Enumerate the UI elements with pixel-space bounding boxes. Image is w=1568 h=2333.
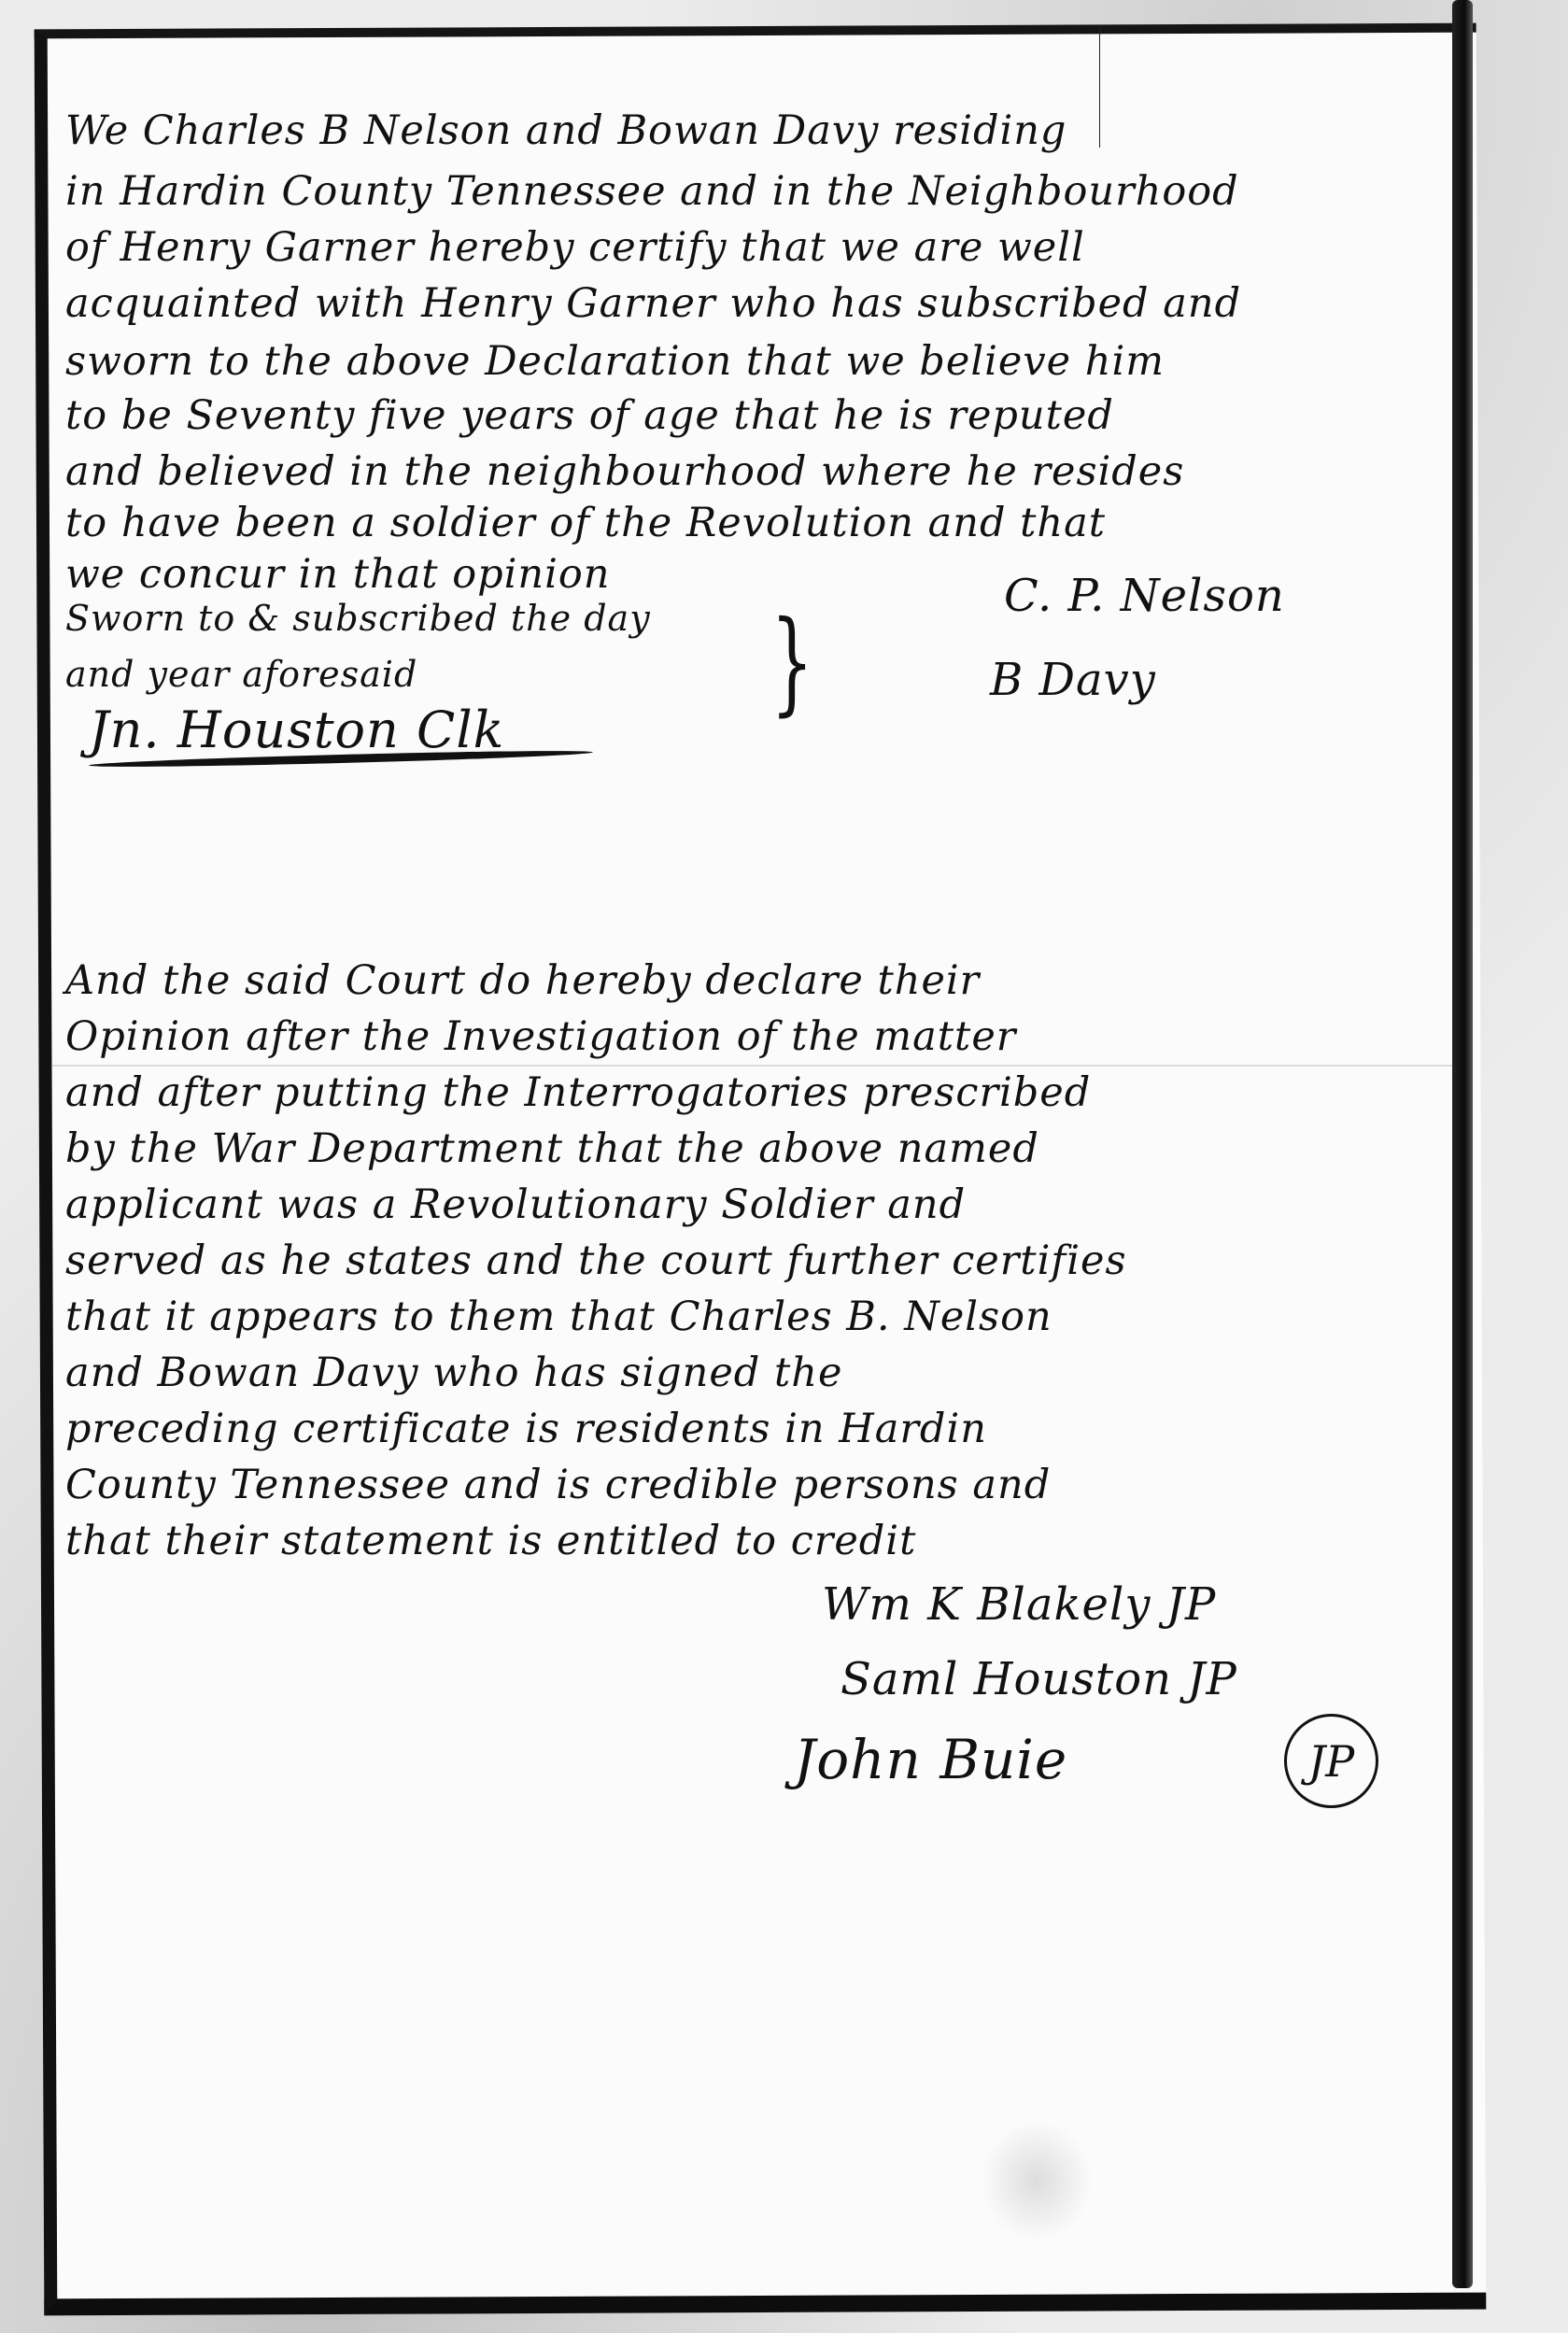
justice-signature-houston: Saml Houston JP xyxy=(841,1653,1237,1705)
declaration-line: served as he states and the court furthe… xyxy=(65,1237,1127,1284)
jp-seal-circle: JP xyxy=(1284,1714,1378,1808)
certificate-line: to have been a soldier of the Revolution… xyxy=(65,500,1106,546)
certificate-line: we concur in that opinion xyxy=(65,551,610,598)
justice-signature-blakely: Wm K Blakely JP xyxy=(822,1578,1216,1631)
declaration-line: that their statement is entitled to cred… xyxy=(65,1518,916,1564)
certificate-line: We Charles B Nelson and Bowan Davy resid… xyxy=(65,107,1067,154)
justice-title: JP xyxy=(1187,1653,1237,1705)
justice-name: Saml Houston xyxy=(841,1653,1172,1705)
witness-signature-nelson: C. P. Nelson xyxy=(1004,570,1285,622)
clerk-signature: Jn. Houston Clk xyxy=(89,700,504,759)
justice-signature-buie: John Buie xyxy=(794,1728,1067,1791)
declaration-line: Opinion after the Investigation of the m… xyxy=(65,1013,1016,1060)
declaration-line: and after putting the Interrogatories pr… xyxy=(65,1069,1091,1116)
page-right-edge-shadow xyxy=(1452,0,1473,2288)
ruling-line xyxy=(1099,26,1100,148)
brace-mark: } xyxy=(770,598,813,728)
jurat-line: and year aforesaid xyxy=(65,654,417,695)
witness-signature-davy: B Davy xyxy=(990,654,1156,706)
declaration-line: that it appears to them that Charles B. … xyxy=(65,1294,1052,1340)
justice-name: Wm K Blakely xyxy=(822,1578,1151,1631)
certificate-line: acquainted with Henry Garner who has sub… xyxy=(65,280,1241,327)
declaration-line: and Bowan Davy who has signed the xyxy=(65,1350,842,1396)
justice-name: John Buie xyxy=(794,1728,1067,1791)
certificate-line: to be Seventy five years of age that he … xyxy=(65,392,1114,439)
fold-crease xyxy=(52,1065,1453,1067)
declaration-line: And the said Court do hereby declare the… xyxy=(65,957,980,1004)
certificate-line: and believed in the neighbourhood where … xyxy=(65,448,1184,495)
jurat-line: Sworn to & subscribed the day xyxy=(65,598,651,639)
certificate-line: in Hardin County Tennessee and in the Ne… xyxy=(65,168,1239,215)
declaration-line: applicant was a Revolutionary Soldier an… xyxy=(65,1181,966,1228)
declaration-line: preceding certificate is residents in Ha… xyxy=(65,1406,987,1452)
declaration-line: by the War Department that the above nam… xyxy=(65,1125,1039,1172)
ink-smudge xyxy=(981,2120,1093,2241)
declaration-line: County Tennessee and is credible persons… xyxy=(65,1462,1051,1508)
justice-title: JP xyxy=(1166,1578,1217,1631)
certificate-line: of Henry Garner hereby certify that we a… xyxy=(65,224,1085,271)
certificate-line: sworn to the above Declaration that we b… xyxy=(65,338,1165,385)
